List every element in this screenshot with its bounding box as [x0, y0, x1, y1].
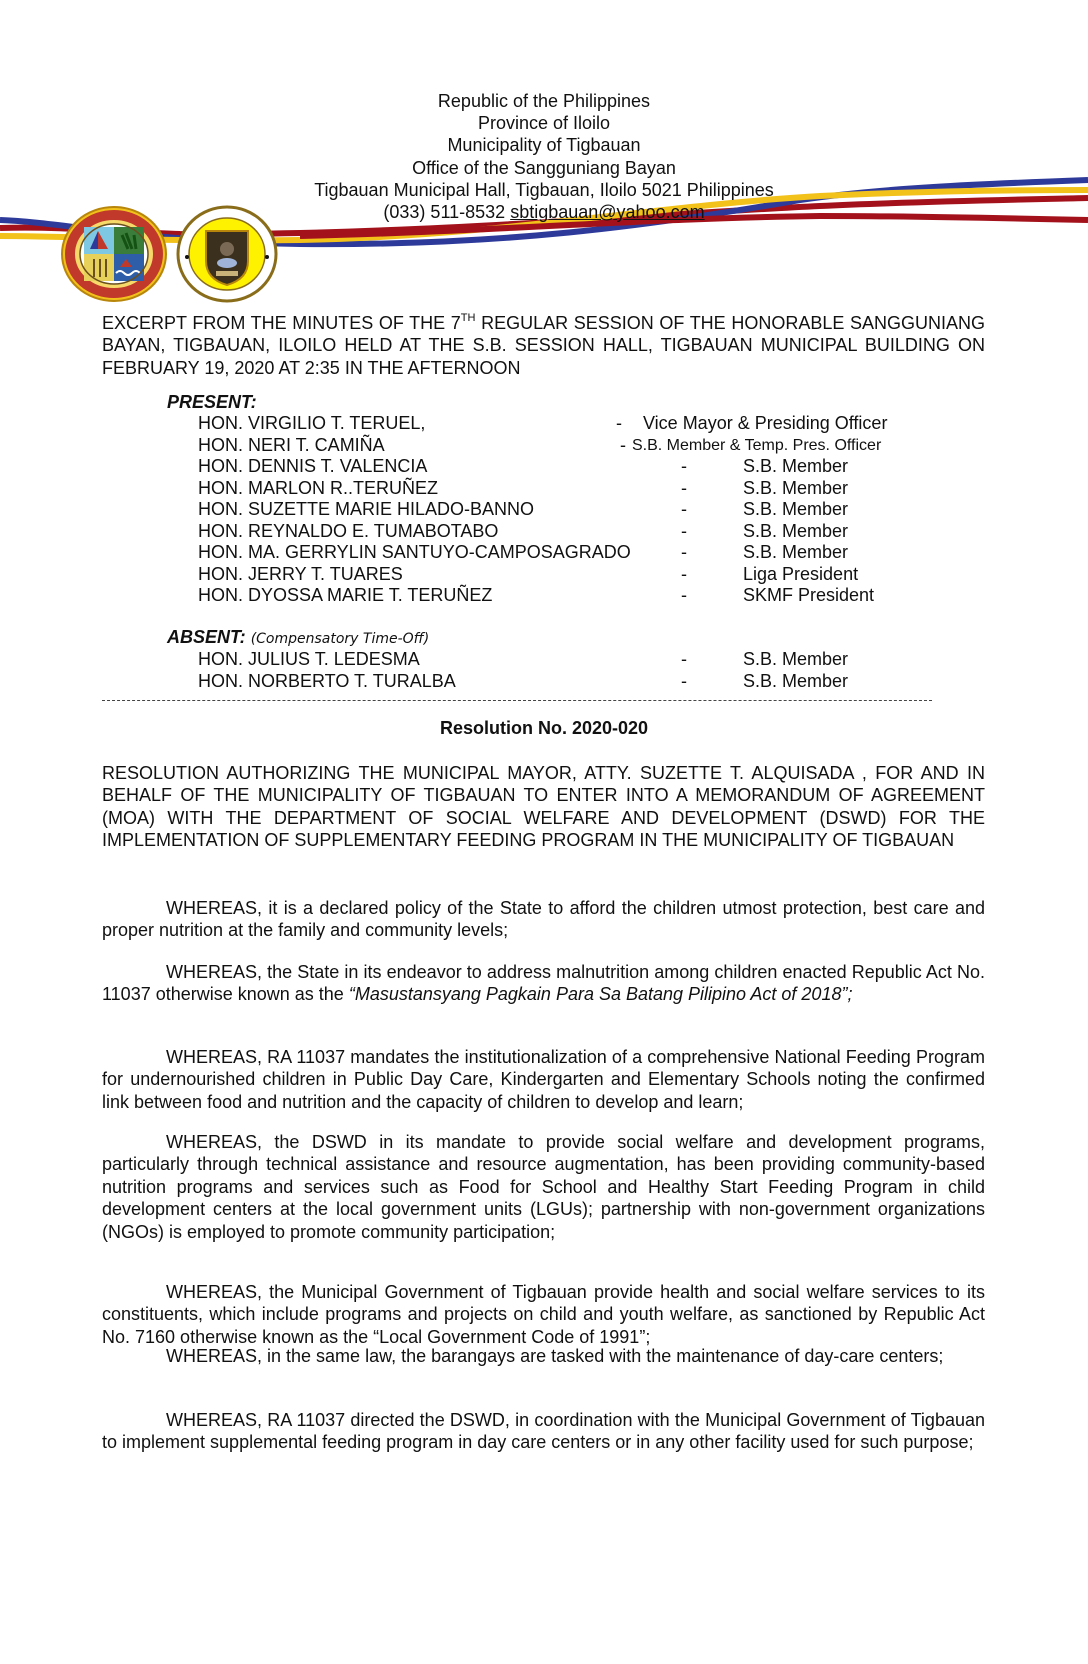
- attendance-row: HON. SUZETTE MARIE HILADO-BANNO-S.B. Mem…: [198, 499, 998, 521]
- attendance-row: HON. REYNALDO E. TUMABOTABO-S.B. Member: [198, 521, 998, 543]
- attendance-role: Liga President: [743, 564, 858, 585]
- attendance-role: S.B. Member: [743, 499, 848, 520]
- attendance-name: HON. MA. GERRYLIN SANTUYO-CAMPOSAGRADO: [198, 542, 631, 563]
- attendance-role: S.B. Member: [743, 542, 848, 563]
- letterhead-province: Province of Iloilo: [0, 112, 1088, 134]
- attendance-dash: -: [681, 585, 687, 606]
- attendance-dash: -: [681, 649, 687, 670]
- letterhead-republic: Republic of the Philippines: [0, 90, 1088, 112]
- act-title: “Masustansyang Pagkain Para Sa Batang Pi…: [349, 984, 853, 1004]
- attendance-row: HON. DENNIS T. VALENCIA-S.B. Member: [198, 456, 998, 478]
- attendance-role: S.B. Member & Temp. Pres. Officer: [632, 437, 881, 455]
- attendance-name: HON. JULIUS T. LEDESMA: [198, 649, 420, 670]
- attendance-name: HON. DYOSSA MARIE T. TERUÑEZ: [198, 585, 492, 606]
- attendance-role: S.B. Member: [743, 521, 848, 542]
- attendance-dash: -: [681, 542, 687, 563]
- attendance-name: HON. JERRY T. TUARES: [198, 564, 403, 585]
- absent-heading: ABSENT: (Compensatory Time-Off): [167, 627, 429, 648]
- municipality-seal-icon: [60, 205, 168, 303]
- attendance-name: HON. NORBERTO T. TURALBA: [198, 671, 456, 692]
- attendance-name: HON. NERI T. CAMIÑA: [198, 435, 385, 456]
- letterhead-address: Tigbauan Municipal Hall, Tigbauan, Iloil…: [0, 179, 1088, 201]
- whereas-clause: WHEREAS, the Municipal Government of Tig…: [102, 1281, 985, 1348]
- sangguniang-bayan-seal-icon: [176, 205, 278, 303]
- whereas-clause: WHEREAS, RA 11037 mandates the instituti…: [102, 1046, 985, 1113]
- letterhead-municipality: Municipality of Tigbauan: [0, 134, 1088, 156]
- attendance-role: S.B. Member: [743, 649, 848, 670]
- attendance-dash: -: [681, 521, 687, 542]
- attendance-dash: -: [616, 413, 622, 434]
- letterhead-email-link[interactable]: sbtigbauan@yahoo.com: [510, 202, 704, 222]
- letterhead-office: Office of the Sangguniang Bayan: [0, 157, 1088, 179]
- absent-note: (Compensatory Time-Off): [251, 631, 430, 647]
- resolution-number: Resolution No. 2020-020: [0, 718, 1088, 739]
- whereas-clause: WHEREAS, in the same law, the barangays …: [102, 1345, 985, 1367]
- minutes-excerpt-heading: EXCERPT FROM THE MINUTES OF THE 7TH REGU…: [102, 312, 985, 379]
- letterhead-phone: (033) 511-8532: [383, 202, 505, 222]
- attendance-row: HON. JULIUS T. LEDESMA-S.B. Member: [198, 649, 998, 671]
- attendance-row: HON. NORBERTO T. TURALBA-S.B. Member: [198, 671, 998, 693]
- attendance-dash: -: [681, 671, 687, 692]
- resolution-title: RESOLUTION AUTHORIZING THE MUNICIPAL MAY…: [102, 762, 985, 852]
- attendance-row: HON. DYOSSA MARIE T. TERUÑEZ-SKMF Presid…: [198, 585, 998, 607]
- attendance-dash: -: [620, 435, 626, 456]
- whereas-clause: WHEREAS, the DSWD in its mandate to prov…: [102, 1131, 985, 1243]
- attendance-row: HON. MARLON R..TERUÑEZ-S.B. Member: [198, 478, 998, 500]
- attendance-row: HON. JERRY T. TUARES-Liga President: [198, 564, 998, 586]
- attendance-row: HON. VIRGILIO T. TERUEL,-Vice Mayor & Pr…: [198, 413, 998, 435]
- attendance-dash: -: [681, 564, 687, 585]
- attendance-dash: -: [681, 499, 687, 520]
- present-heading: PRESENT:: [167, 392, 257, 413]
- whereas-clause: WHEREAS, the State in its endeavor to ad…: [102, 961, 985, 1006]
- attendance-name: HON. REYNALDO E. TUMABOTABO: [198, 521, 498, 542]
- attendance-dash: -: [681, 478, 687, 499]
- attendance-role: S.B. Member: [743, 478, 848, 499]
- attendance-name: HON. SUZETTE MARIE HILADO-BANNO: [198, 499, 534, 520]
- whereas-clause: WHEREAS, it is a declared policy of the …: [102, 897, 985, 942]
- whereas-clause: WHEREAS, RA 11037 directed the DSWD, in …: [102, 1409, 985, 1454]
- attendance-role: Vice Mayor & Presiding Officer: [643, 413, 887, 434]
- attendance-name: HON. VIRGILIO T. TERUEL,: [198, 413, 425, 434]
- attendance-dash: -: [681, 456, 687, 477]
- attendance-name: HON. DENNIS T. VALENCIA: [198, 456, 427, 477]
- attendance-row: HON. MA. GERRYLIN SANTUYO-CAMPOSAGRADO-S…: [198, 542, 998, 564]
- attendance-row: HON. NERI T. CAMIÑA-S.B. Member & Temp. …: [198, 435, 998, 457]
- letterhead: Republic of the Philippines Province of …: [0, 90, 1088, 223]
- section-divider: [102, 700, 932, 701]
- attendance-role: SKMF President: [743, 585, 874, 606]
- attendance-role: S.B. Member: [743, 671, 848, 692]
- attendance-role: S.B. Member: [743, 456, 848, 477]
- attendance-name: HON. MARLON R..TERUÑEZ: [198, 478, 438, 499]
